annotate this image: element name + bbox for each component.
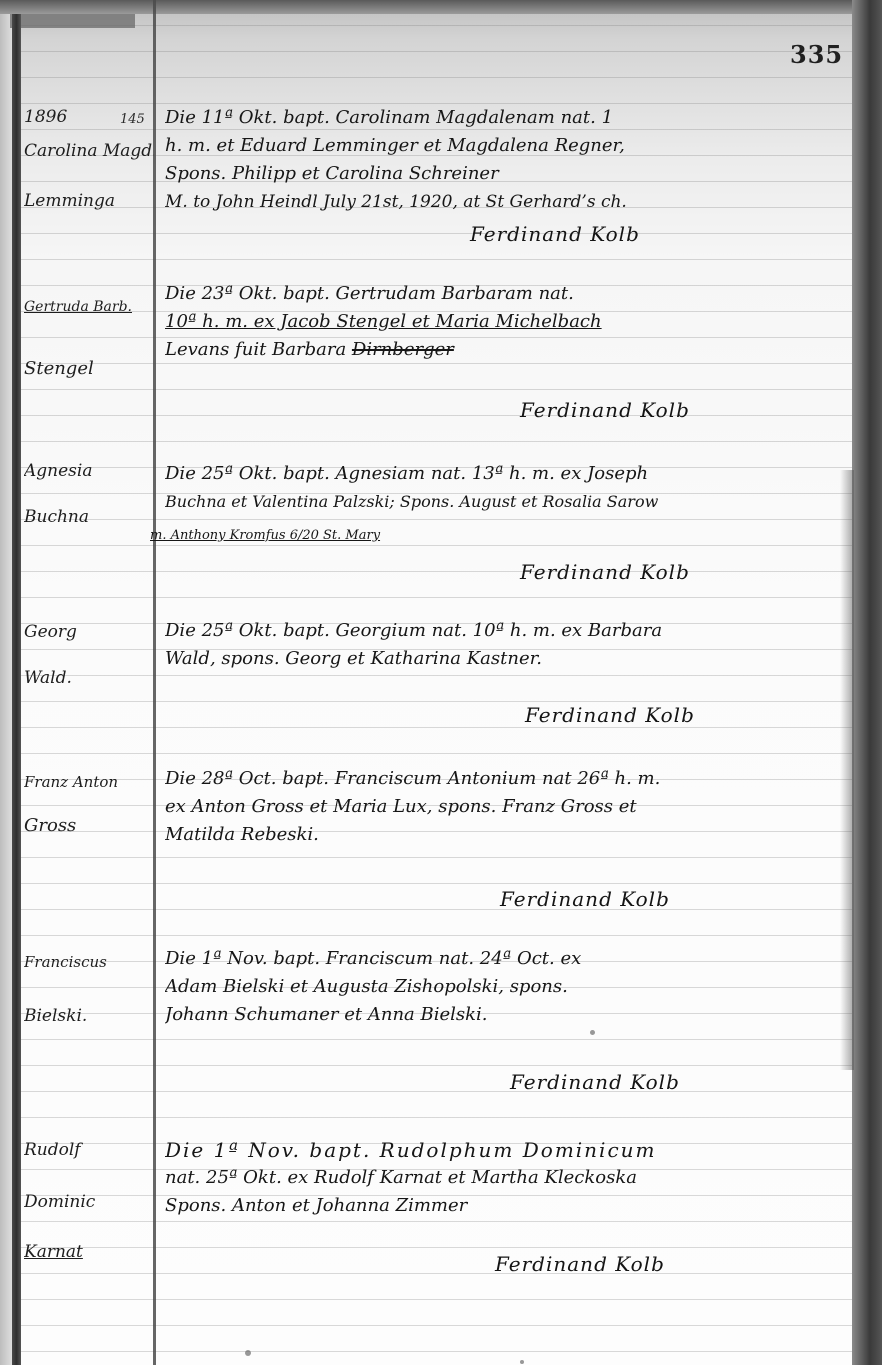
entry-margin-names: Georg Wald. [24,615,154,695]
entry-line: Die 23ª Okt. bapt. Gertrudam Barbaram na… [165,280,855,308]
margin-given-name: Agnesia [24,454,154,488]
entry-text: Die 23ª Okt. bapt. Gertrudam Barbaram na… [165,280,855,364]
entry-line: ex Anton Gross et Maria Lux, spons. Fran… [165,793,855,821]
entry-line: Spons. Anton et Johanna Zimmer [165,1192,855,1220]
entry-line: Die 25ª Okt. bapt. Georgium nat. 10ª h. … [165,617,855,645]
entry-line: h. m. et Eduard Lemminger et Magdalena R… [165,132,855,160]
margin-given-name: Gertruda Barb. [24,290,154,324]
marriage-annotation: M. to John Heindl July 21st, 1920, at St… [165,188,855,216]
priest-signature: Ferdinand Kolb [525,703,695,727]
scan-top-band [0,0,882,14]
entry-line: Die 25ª Okt. bapt. Agnesiam nat. 13ª h. … [165,460,855,488]
entry-line: nat. 25ª Okt. ex Rudolf Karnat et Martha… [165,1164,855,1192]
margin-surname: Stengel [24,352,154,386]
priest-signature: Ferdinand Kolb [520,560,690,584]
margin-given-name: Franciscus [24,945,154,979]
entry-line: Die 28ª Oct. bapt. Franciscum Antonium n… [165,765,855,793]
priest-signature: Ferdinand Kolb [520,398,690,422]
struck-word: Dirnberger [352,339,454,360]
priest-signature: Ferdinand Kolb [495,1252,665,1276]
scan-right-edge [852,0,882,1365]
entry-margin-names: Gertruda Barb. Stengel [24,290,154,386]
scan-speck [245,1350,251,1356]
marriage-annotation-block: m. Anthony Kromfus 6/20 St. Mary [150,522,840,550]
entry-line: Buchna et Valentina Palzski; Spons. Augu… [165,488,855,516]
margin-surname: Karnat [24,1232,154,1272]
entry-line: Matilda Rebeski. [165,821,855,849]
scan-speck [520,1360,524,1364]
priest-signature: Ferdinand Kolb [470,222,640,246]
entry-margin-names: Franz Anton Gross [24,765,154,843]
entry-margin-names: Franciscus Bielski. [24,945,154,1033]
entry-line: Johann Schumaner et Anna Bielski. [165,1001,855,1029]
entry-text: Die 11ª Okt. bapt. Carolinam Magdalenam … [165,104,855,216]
margin-given-name: Carolina Magd. [24,134,154,168]
entry-text: Die 1ª Nov. bapt. Franciscum nat. 24ª Oc… [165,945,855,1029]
entry-text: Die 25ª Okt. bapt. Agnesiam nat. 13ª h. … [165,460,855,516]
godparent-line: Levans fuit Barbara Dirnberger [165,339,454,360]
margin-surname: Buchna [24,500,154,534]
entry-line: Levans fuit Barbara Dirnberger [165,336,855,364]
entry-text: Die 28ª Oct. bapt. Franciscum Antonium n… [165,765,855,849]
margin-surname: Gross [24,809,154,843]
margin-surname: Bielski. [24,999,154,1033]
margin-given-name: Rudolf [24,1130,154,1170]
entry-line: 10ª h. m. ex Jacob Stengel et Maria Mich… [165,308,855,336]
entry-text: Die 1ª Nov. bapt. Rudolphum Dominicum na… [165,1136,855,1220]
margin-surname: Wald. [24,661,154,695]
entry-line: Die 1ª Nov. bapt. Franciscum nat. 24ª Oc… [165,945,855,973]
margin-given-name: Franz Anton [24,765,154,799]
margin-middle-name: Dominic [24,1182,154,1222]
priest-signature: Ferdinand Kolb [510,1070,680,1094]
entry-line: Die 1ª Nov. bapt. Rudolphum Dominicum [165,1136,855,1164]
scan-left-edge [0,0,12,1365]
entry-line: Wald, spons. Georg et Katharina Kastner. [165,645,855,673]
register-page: 335 1896 Carolina Magd. Lemminga 145 Die… [0,0,882,1365]
entry-line: Spons. Philipp et Carolina Schreiner [165,160,855,188]
priest-signature: Ferdinand Kolb [500,887,670,911]
left-margin-rule [12,14,21,1365]
entry-line: Die 11ª Okt. bapt. Carolinam Magdalenam … [165,104,855,132]
entry-line: Adam Bielski et Augusta Zishopolski, spo… [165,973,855,1001]
margin-given-name: Georg [24,615,154,649]
scan-speck [590,1030,595,1035]
marriage-annotation: m. Anthony Kromfus 6/20 St. Mary [150,522,840,550]
entry-margin-names: Agnesia Buchna [24,454,154,534]
page-number: 335 [790,40,843,69]
entry-text: Die 25ª Okt. bapt. Georgium nat. 10ª h. … [165,617,855,673]
header-rule [10,14,135,28]
entry-number: 145 [120,112,145,127]
margin-surname: Lemminga [24,184,154,218]
entry-margin-names: Rudolf Dominic Karnat [24,1130,154,1272]
